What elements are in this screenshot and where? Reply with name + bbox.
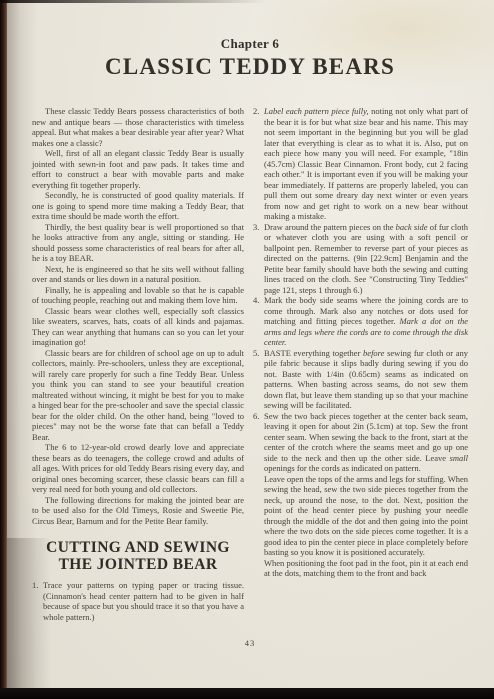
- intro-paragraph: These classic Teddy Bears possess charac…: [32, 106, 244, 148]
- text-segment: Leave open the tops of the arms and legs…: [264, 474, 468, 558]
- intro-paragraph: Classic bears wear clothes well, especia…: [32, 306, 244, 348]
- text-segment: Label each pattern piece fully,: [264, 106, 369, 116]
- two-column-layout: These classic Teddy Bears possess charac…: [32, 106, 468, 622]
- instruction-number: 3.: [253, 222, 264, 233]
- instruction-number: 2.: [253, 106, 264, 117]
- text-segment: small: [450, 453, 468, 463]
- instruction-item: 6.Sew the two back pieces together at th…: [253, 411, 468, 579]
- text-segment: noting not only what part of the bear it…: [264, 106, 468, 221]
- text-segment: of fur cloth or whatever cloth you are u…: [264, 222, 468, 295]
- section-heading: CUTTING AND SEWING THE JOINTED BEAR: [32, 540, 244, 573]
- text-segment: back side: [396, 222, 428, 232]
- page-title: CLASSIC TEDDY BEARS: [32, 54, 468, 80]
- instruction-number: 1.: [32, 580, 43, 591]
- intro-paragraph: Thirdly, the best quality bear is well p…: [32, 222, 244, 264]
- chapter-label: Chapter 6: [32, 36, 468, 52]
- scan-top-edge: [0, 0, 296, 3]
- intro-paragraph: The following directions for making the …: [32, 495, 244, 527]
- instruction-text: Mark the body side seams where the joini…: [264, 295, 468, 348]
- instruction-paragraph: Mark the body side seams where the joini…: [264, 295, 468, 348]
- instruction-number: 4.: [253, 295, 264, 306]
- text-segment: before: [363, 348, 384, 358]
- instruction-text: BASTE everything together before sewing …: [264, 348, 468, 411]
- intro-paragraph: The 6 to 12-year-old crowd dearly love a…: [32, 442, 244, 495]
- section-heading-line1: CUTTING AND SEWING: [32, 540, 244, 557]
- text-segment: Trace your patterns on typing paper or t…: [43, 580, 244, 622]
- intro-paragraphs: These classic Teddy Bears possess charac…: [32, 106, 244, 526]
- instruction-text: Trace your patterns on typing paper or t…: [43, 580, 244, 622]
- instruction-item: 3.Draw around the pattern pieces on the …: [253, 222, 468, 296]
- scan-bottom-edge: [0, 688, 494, 699]
- instruction-text: Label each pattern piece fully, noting n…: [264, 106, 468, 222]
- instruction-paragraph: Leave open the tops of the arms and legs…: [264, 474, 468, 558]
- scanned-book-page: Chapter 6 CLASSIC TEDDY BEARS These clas…: [0, 0, 494, 699]
- instruction-item: 4.Mark the body side seams where the joi…: [253, 295, 468, 348]
- instruction-paragraph: BASTE everything together before sewing …: [264, 348, 468, 411]
- intro-paragraph: Classic bears are for children of school…: [32, 348, 244, 443]
- text-segment: When positioning the foot pad in the foo…: [264, 558, 468, 579]
- instruction-number: 5.: [253, 348, 264, 359]
- book-binding-edge: [0, 0, 7, 699]
- text-segment: Sew the two back pieces together at the …: [264, 411, 468, 463]
- intro-paragraph: Finally, he is appealing and lovable so …: [32, 285, 244, 306]
- instruction-text: Draw around the pattern pieces on the ba…: [264, 222, 468, 296]
- instruction-list-right: 2.Label each pattern piece fully, noting…: [253, 106, 468, 579]
- instruction-item: 5.BASTE everything together before sewin…: [253, 348, 468, 411]
- instruction-item: 1.Trace your patterns on typing paper or…: [32, 580, 244, 622]
- instruction-paragraph: Trace your patterns on typing paper or t…: [43, 580, 244, 622]
- intro-paragraph: Secondly, he is constructed of good qual…: [32, 190, 244, 222]
- instruction-paragraph: Label each pattern piece fully, noting n…: [264, 106, 468, 222]
- text-segment: openings for the cords as indicated on p…: [264, 463, 421, 473]
- instruction-number: 6.: [253, 411, 264, 422]
- right-column: 2.Label each pattern piece fully, noting…: [253, 106, 468, 622]
- intro-paragraph: Next, he is engineered so that he sits w…: [32, 264, 244, 285]
- instruction-item: 2.Label each pattern piece fully, noting…: [253, 106, 468, 222]
- intro-paragraph: Well, first of all an elegant classic Te…: [32, 148, 244, 190]
- instruction-paragraph: Sew the two back pieces together at the …: [264, 411, 468, 474]
- left-column: These classic Teddy Bears possess charac…: [32, 106, 244, 622]
- instruction-list-left: 1.Trace your patterns on typing paper or…: [32, 580, 244, 622]
- page-content: Chapter 6 CLASSIC TEDDY BEARS These clas…: [0, 0, 494, 688]
- instruction-paragraph: Draw around the pattern pieces on the ba…: [264, 222, 468, 296]
- text-segment: Draw around the pattern pieces on the: [264, 222, 396, 232]
- instruction-paragraph: When positioning the foot pad in the foo…: [264, 558, 468, 579]
- page-number: 43: [32, 638, 468, 648]
- section-heading-line2: THE JOINTED BEAR: [32, 557, 244, 574]
- text-segment: BASTE everything together: [264, 348, 363, 358]
- instruction-text: Sew the two back pieces together at the …: [264, 411, 468, 579]
